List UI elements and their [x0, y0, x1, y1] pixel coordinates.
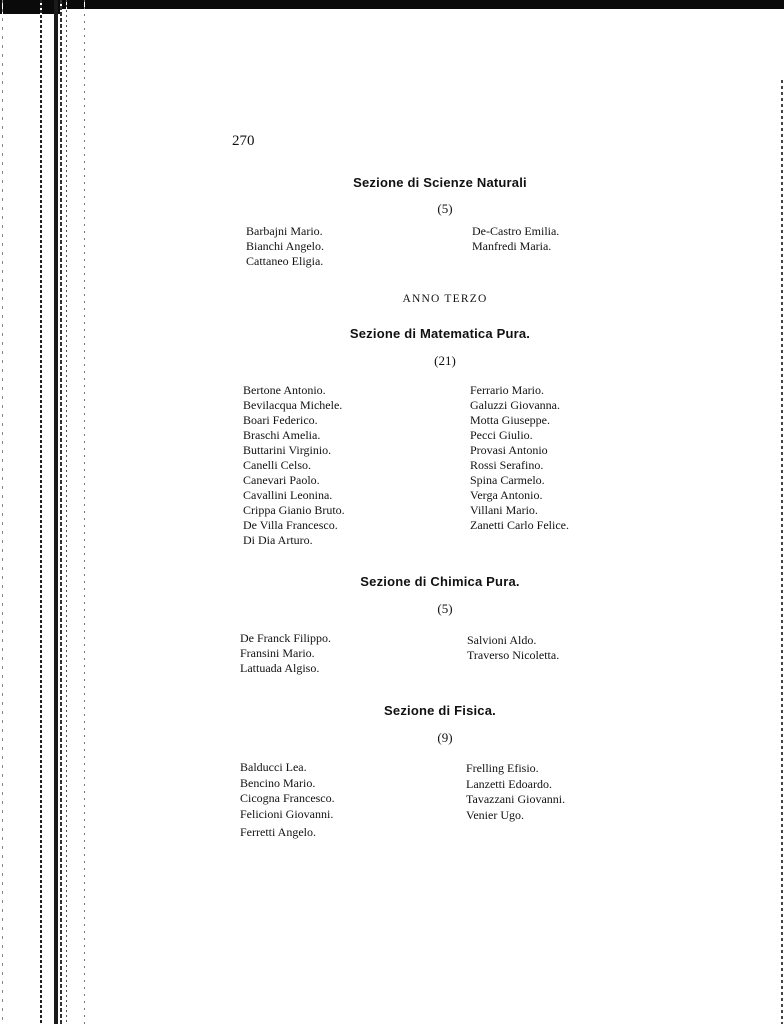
section-count: (5) — [240, 201, 650, 217]
list-item: Boari Federico. — [243, 413, 345, 428]
list-item: Provasi Antonio — [470, 443, 569, 458]
scan-top-edge — [0, 0, 784, 9]
list-item: Rossi Serafino. — [470, 458, 569, 473]
list-item: Salvioni Aldo. — [467, 633, 559, 648]
list-item: Buttarini Virginio. — [243, 443, 345, 458]
list-item: Motta Giuseppe. — [470, 413, 569, 428]
section-title: Sezione di Chimica Pura. — [240, 574, 640, 589]
section-count: (9) — [240, 730, 650, 746]
list-item: Ferrario Mario. — [470, 383, 569, 398]
list-item: Tavazzani Giovanni. — [466, 792, 565, 808]
list-item: Bevilacqua Michele. — [243, 398, 345, 413]
list-item: De Villa Francesco. — [243, 518, 345, 533]
list-item: Lattuada Algiso. — [240, 661, 331, 676]
list-item: Frelling Efisio. — [466, 761, 565, 777]
page-number: 270 — [232, 133, 255, 150]
list-item: Cavallini Leonina. — [243, 488, 345, 503]
list-item: Manfredi Maria. — [472, 239, 559, 254]
list-item: Bencino Mario. — [240, 776, 335, 792]
list-item: Bianchi Angelo. — [246, 239, 324, 254]
list-item: Verga Antonio. — [470, 488, 569, 503]
list-item: Galuzzi Giovanna. — [470, 398, 569, 413]
list-item: Ferretti Angelo. — [240, 825, 335, 841]
list-item: De Franck Filippo. — [240, 631, 331, 646]
list-item: Traverso Nicoletta. — [467, 648, 559, 663]
name-list-right: Salvioni Aldo. Traverso Nicoletta. — [467, 633, 559, 663]
list-item: Canevari Paolo. — [243, 473, 345, 488]
year-heading: ANNO TERZO — [240, 293, 650, 305]
name-list-left: Bertone Antonio. Bevilacqua Michele. Boa… — [243, 383, 345, 548]
list-item: Villani Mario. — [470, 503, 569, 518]
list-item: Di Dia Arturo. — [243, 533, 345, 548]
list-item: Felicioni Giovanni. — [240, 807, 335, 823]
list-item: Bertone Antonio. — [243, 383, 345, 398]
list-item: Venier Ugo. — [466, 808, 565, 824]
list-item: Fransini Mario. — [240, 646, 331, 661]
section-title: Sezione di Matematica Pura. — [240, 326, 640, 341]
list-item: Zanetti Carlo Felice. — [470, 518, 569, 533]
list-item: De-Castro Emilia. — [472, 224, 559, 239]
binding-shadow — [2, 0, 3, 1024]
binding-shadow — [60, 0, 62, 1024]
name-list-left: Barbajni Mario. Bianchi Angelo. Cattaneo… — [246, 224, 324, 269]
scan-top-left-shadow — [0, 0, 60, 14]
section-count: (21) — [240, 353, 650, 369]
list-item: Spina Carmelo. — [470, 473, 569, 488]
name-list-right: De-Castro Emilia. Manfredi Maria. — [472, 224, 559, 254]
list-item: Crippa Gianio Bruto. — [243, 503, 345, 518]
list-item: Barbajni Mario. — [246, 224, 324, 239]
binding-shadow — [66, 0, 67, 1024]
name-list-right: Frelling Efisio. Lanzetti Edoardo. Tavaz… — [466, 761, 565, 823]
list-item: Cattaneo Eligia. — [246, 254, 324, 269]
section-title: Sezione di Fisica. — [240, 703, 640, 718]
list-item: Cicogna Francesco. — [240, 791, 335, 807]
list-item: Balducci Lea. — [240, 760, 335, 776]
name-list-right: Ferrario Mario. Galuzzi Giovanna. Motta … — [470, 383, 569, 533]
section-count: (5) — [240, 601, 650, 617]
list-item: Lanzetti Edoardo. — [466, 777, 565, 793]
list-item: Pecci Giulio. — [470, 428, 569, 443]
list-item: Braschi Amelia. — [243, 428, 345, 443]
scan-right-edge — [781, 80, 783, 1024]
section-title: Sezione di Scienze Naturali — [240, 175, 640, 190]
binding-shadow — [84, 0, 85, 1024]
list-item: Canelli Celso. — [243, 458, 345, 473]
binding-spine — [54, 0, 58, 1024]
name-list-left: De Franck Filippo. Fransini Mario. Lattu… — [240, 631, 331, 676]
name-list-left: Balducci Lea. Bencino Mario. Cicogna Fra… — [240, 760, 335, 841]
binding-shadow — [40, 0, 42, 1024]
